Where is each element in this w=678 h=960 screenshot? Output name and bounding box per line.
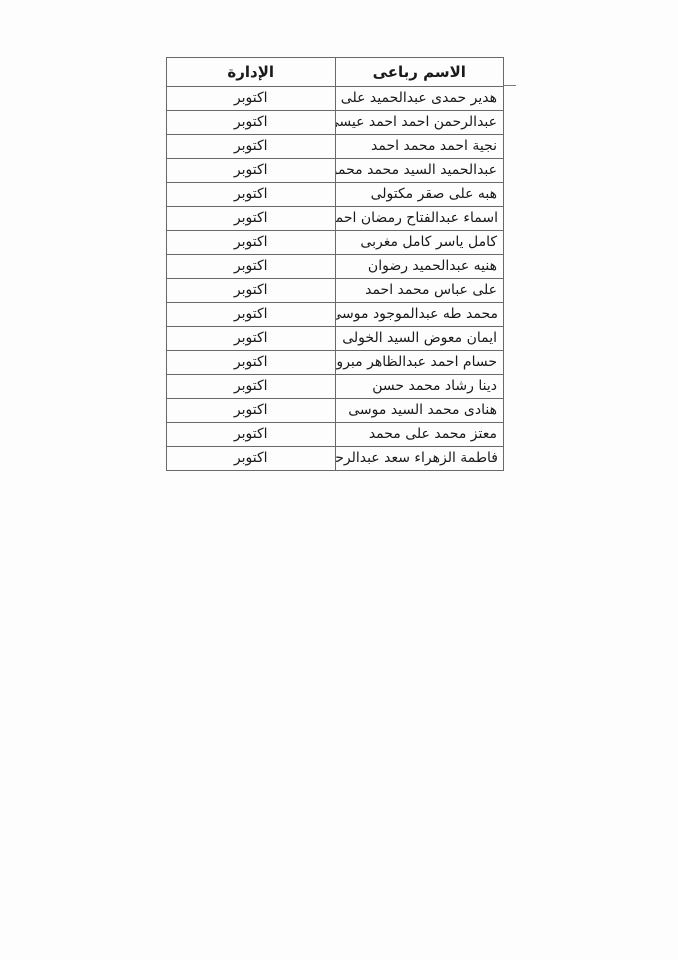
table-row: دينا رشاد محمد حسناكتوبر	[167, 375, 504, 399]
table-header-row: الاسم رباعى الإدارة	[167, 58, 504, 87]
table-row: فاطمة الزهراء سعد عبدالرحمناكتوبر	[167, 447, 504, 471]
cell-name: عبدالرحمن احمد احمد عيسى	[335, 111, 504, 135]
table-row: هنادى محمد السيد موسىاكتوبر	[167, 399, 504, 423]
cell-name: هنيه عبدالحميد رضوان	[335, 255, 504, 279]
column-header-name: الاسم رباعى	[335, 58, 504, 87]
cell-name: نجية احمد محمد احمد	[335, 135, 504, 159]
cell-department: اكتوبر	[167, 231, 336, 255]
cell-name: هنادى محمد السيد موسى	[335, 399, 504, 423]
cell-name: ايمان معوض السيد الخولى	[335, 327, 504, 351]
cell-name: على عباس محمد احمد	[335, 279, 504, 303]
cell-department: اكتوبر	[167, 447, 336, 471]
cell-department: اكتوبر	[167, 255, 336, 279]
cell-name: معتز محمد على محمد	[335, 423, 504, 447]
cell-department: اكتوبر	[167, 351, 336, 375]
column-header-department: الإدارة	[167, 58, 336, 87]
cell-department: اكتوبر	[167, 111, 336, 135]
cell-department: اكتوبر	[167, 135, 336, 159]
cell-department: اكتوبر	[167, 375, 336, 399]
table-row: معتز محمد على محمداكتوبر	[167, 423, 504, 447]
roster-table: الاسم رباعى الإدارة هدير حمدى عبدالحميد …	[166, 57, 504, 471]
cell-department: اكتوبر	[167, 399, 336, 423]
cell-name: هدير حمدى عبدالحميد على	[335, 87, 504, 111]
table-row: نجية احمد محمد احمداكتوبر	[167, 135, 504, 159]
cell-department: اكتوبر	[167, 159, 336, 183]
cell-department: اكتوبر	[167, 423, 336, 447]
table-row: عبدالرحمن احمد احمد عيسىاكتوبر	[167, 111, 504, 135]
cell-department: اكتوبر	[167, 327, 336, 351]
table-row: عبدالحميد السيد محمد محموداكتوبر	[167, 159, 504, 183]
cell-name: اسماء عبدالفتاح رمضان احمد	[335, 207, 504, 231]
cell-name: دينا رشاد محمد حسن	[335, 375, 504, 399]
table-row: على عباس محمد احمداكتوبر	[167, 279, 504, 303]
table-row: هبه على صقر مكتولىاكتوبر	[167, 183, 504, 207]
header-rule-extension	[504, 85, 516, 86]
table-body: هدير حمدى عبدالحميد علىاكتوبر عبدالرحمن …	[167, 87, 504, 471]
cell-department: اكتوبر	[167, 303, 336, 327]
cell-department: اكتوبر	[167, 87, 336, 111]
cell-department: اكتوبر	[167, 183, 336, 207]
cell-name: حسام احمد عبدالظاهر مبروك	[335, 351, 504, 375]
table-row: كامل ياسر كامل مغربىاكتوبر	[167, 231, 504, 255]
table-row: حسام احمد عبدالظاهر مبروكاكتوبر	[167, 351, 504, 375]
roster-table-container: الاسم رباعى الإدارة هدير حمدى عبدالحميد …	[166, 57, 504, 471]
cell-name: محمد طه عبدالموجود موسى	[335, 303, 504, 327]
table-row: ايمان معوض السيد الخولىاكتوبر	[167, 327, 504, 351]
table-row: هنيه عبدالحميد رضواناكتوبر	[167, 255, 504, 279]
cell-name: فاطمة الزهراء سعد عبدالرحمن	[335, 447, 504, 471]
table-row: هدير حمدى عبدالحميد علىاكتوبر	[167, 87, 504, 111]
cell-name: كامل ياسر كامل مغربى	[335, 231, 504, 255]
cell-name: هبه على صقر مكتولى	[335, 183, 504, 207]
table-row: محمد طه عبدالموجود موسىاكتوبر	[167, 303, 504, 327]
table-row: اسماء عبدالفتاح رمضان احمداكتوبر	[167, 207, 504, 231]
cell-department: اكتوبر	[167, 279, 336, 303]
cell-department: اكتوبر	[167, 207, 336, 231]
cell-name: عبدالحميد السيد محمد محمود	[335, 159, 504, 183]
document-page: الاسم رباعى الإدارة هدير حمدى عبدالحميد …	[0, 0, 678, 960]
